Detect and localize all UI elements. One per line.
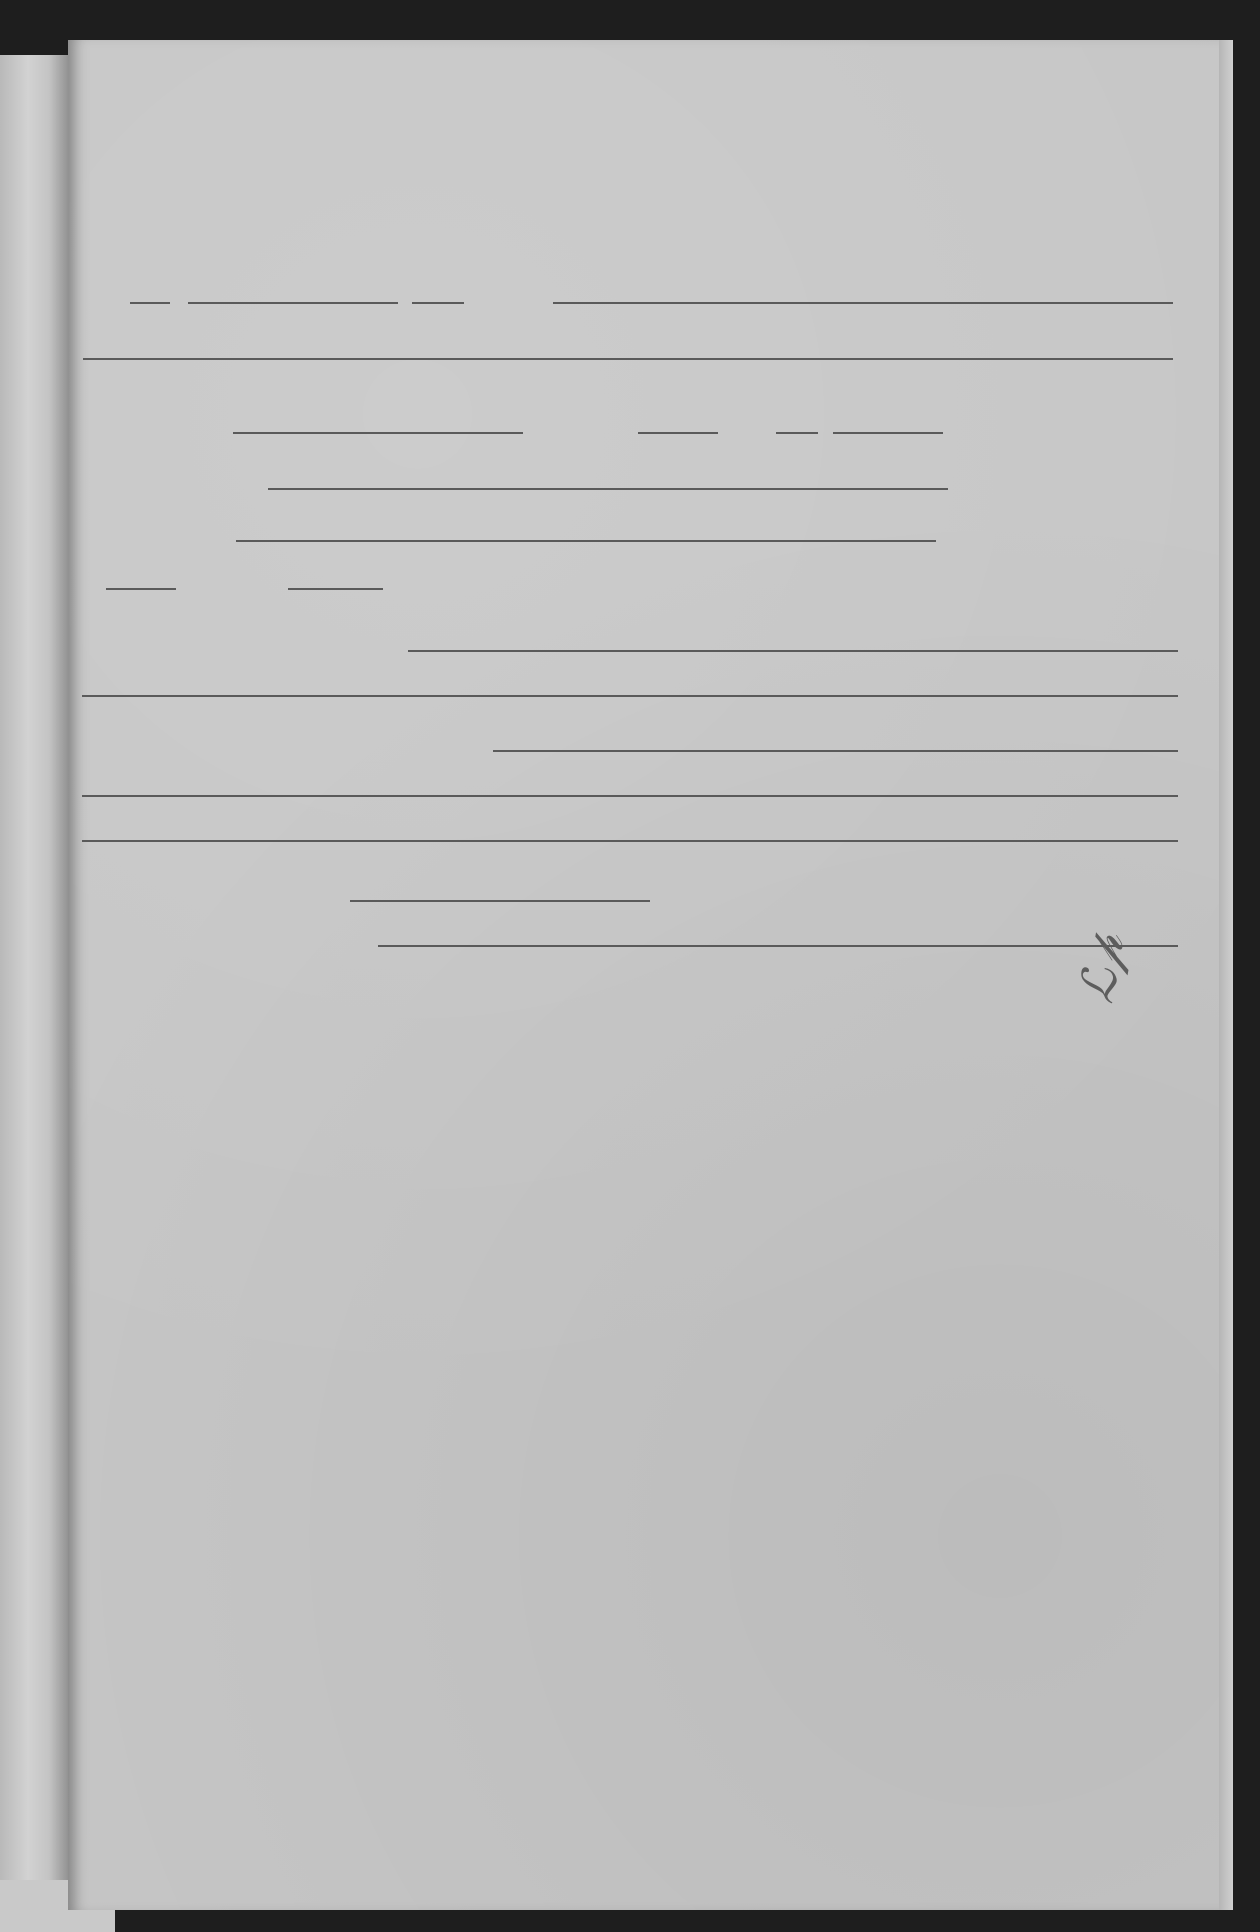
binder-spine <box>0 55 70 1932</box>
seized-items-table <box>80 975 1100 1825</box>
page-edge <box>1219 40 1233 1910</box>
